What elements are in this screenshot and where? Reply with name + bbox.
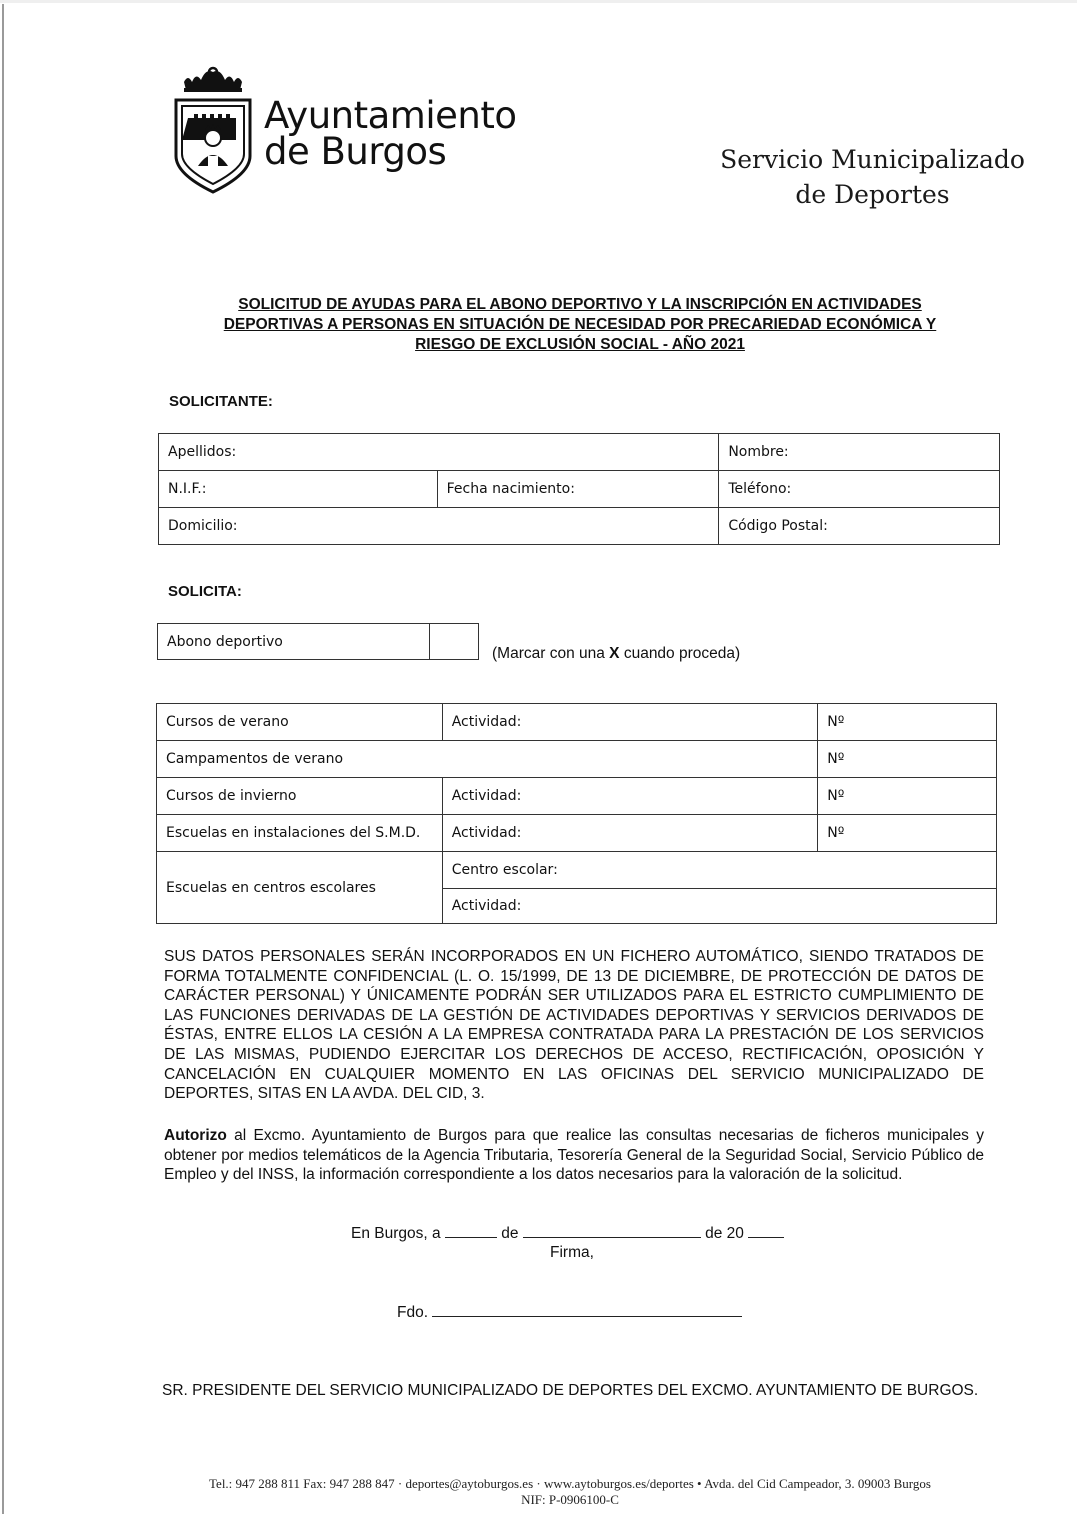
firma-label: Firma, <box>550 1244 594 1262</box>
coat-of-arms-icon <box>172 66 254 196</box>
service-name: Servicio Municipalizado de Deportes <box>700 142 1045 212</box>
org-name-line1: Ayuntamiento <box>264 98 516 134</box>
activity-name: Cursos de verano <box>157 704 443 741</box>
table-row: Cursos de invierno Actividad: Nº <box>157 778 997 815</box>
authorization-text: Autorizo al Excmo. Ayuntamiento de Burgo… <box>164 1126 984 1185</box>
date-de1: de <box>501 1225 518 1242</box>
field-domicilio[interactable]: Domicilio: <box>159 508 719 545</box>
activity-field[interactable]: Actividad: <box>442 704 818 741</box>
activity-name: Cursos de invierno <box>157 778 443 815</box>
field-telefono[interactable]: Teléfono: <box>719 471 1000 508</box>
year-blank[interactable] <box>748 1223 784 1238</box>
abono-deportivo-label: Abono deportivo <box>158 624 430 660</box>
mark-instruction-prefix: (Marcar con una <box>492 645 609 662</box>
table-row: Escuelas en centros escolares Centro esc… <box>157 852 997 889</box>
activity-field[interactable]: Actividad: <box>442 778 818 815</box>
field-nif[interactable]: N.I.F.: <box>159 471 438 508</box>
service-name-line2: de Deportes <box>700 177 1045 212</box>
date-line: En Burgos, a de de 20 <box>351 1223 784 1243</box>
title-line2: DEPORTIVAS A PERSONAS EN SITUACIÓN DE NE… <box>180 315 980 335</box>
activity-number[interactable]: Nº <box>818 704 997 741</box>
addressee: SR. PRESIDENTE DEL SERVICIO MUNICIPALIZA… <box>162 1382 978 1400</box>
fdo-label: Fdo. <box>397 1304 428 1321</box>
authorization-bold: Autorizo <box>164 1127 227 1144</box>
privacy-notice: SUS DATOS PERSONALES SERÁN INCORPORADOS … <box>164 947 984 1104</box>
day-blank[interactable] <box>445 1223 497 1238</box>
applicant-table: Apellidos: Nombre: N.I.F.: Fecha nacimie… <box>158 433 1000 545</box>
footer: Tel.: 947 288 811 Fax: 947 288 847 · dep… <box>150 1476 990 1508</box>
field-fecha-nacimiento[interactable]: Fecha nacimiento: <box>437 471 719 508</box>
org-name-line2: de Burgos <box>264 134 516 170</box>
activity-field[interactable]: Actividad: <box>442 815 818 852</box>
activity-number[interactable]: Nº <box>818 815 997 852</box>
authorization-body: al Excmo. Ayuntamiento de Burgos para qu… <box>164 1127 984 1183</box>
fdo-line: Fdo. <box>397 1302 742 1322</box>
scan-top-edge <box>0 0 1077 3</box>
table-row: Campamentos de verano Nº <box>157 741 997 778</box>
mark-instruction: (Marcar con una X cuando proceda) <box>492 645 740 663</box>
abono-table: Abono deportivo <box>157 623 479 660</box>
mark-instruction-suffix: cuando proceda) <box>620 645 741 662</box>
service-name-line1: Servicio Municipalizado <box>700 142 1045 177</box>
activity-number[interactable]: Nº <box>818 778 997 815</box>
document-title: SOLICITUD DE AYUDAS PARA EL ABONO DEPORT… <box>180 295 980 355</box>
title-line3: RIESGO DE EXCLUSIÓN SOCIAL - AÑO 2021 <box>180 335 980 355</box>
month-blank[interactable] <box>523 1223 701 1238</box>
footer-nif: NIF: P-0906100-C <box>150 1492 990 1508</box>
activity-name: Campamentos de verano <box>157 741 818 778</box>
date-place: En Burgos, a <box>351 1225 441 1242</box>
activity-number[interactable]: Nº <box>818 741 997 778</box>
footer-contact: Tel.: 947 288 811 Fax: 947 288 847 · dep… <box>150 1476 990 1492</box>
field-codigo-postal[interactable]: Código Postal: <box>719 508 1000 545</box>
org-name: Ayuntamiento de Burgos <box>264 98 516 170</box>
table-row: Cursos de verano Actividad: Nº <box>157 704 997 741</box>
mark-instruction-x: X <box>609 645 619 662</box>
date-de2: de 20 <box>705 1225 744 1242</box>
field-nombre[interactable]: Nombre: <box>719 434 1000 471</box>
section-solicita-label: SOLICITA: <box>168 583 242 600</box>
signature-blank[interactable] <box>432 1302 742 1317</box>
field-apellidos[interactable]: Apellidos: <box>159 434 719 471</box>
field-centro-escolar[interactable]: Centro escolar: <box>442 852 996 889</box>
table-row: Escuelas en instalaciones del S.M.D. Act… <box>157 815 997 852</box>
activity-name: Escuelas en instalaciones del S.M.D. <box>157 815 443 852</box>
field-actividad-escolar[interactable]: Actividad: <box>442 889 996 924</box>
scan-left-edge <box>2 4 4 1514</box>
title-line1: SOLICITUD DE AYUDAS PARA EL ABONO DEPORT… <box>180 295 980 315</box>
activities-table: Cursos de verano Actividad: Nº Campament… <box>156 703 997 924</box>
activity-name: Escuelas en centros escolares <box>157 852 443 924</box>
abono-deportivo-checkbox[interactable] <box>430 624 479 660</box>
section-solicitante-label: SOLICITANTE: <box>169 393 273 410</box>
